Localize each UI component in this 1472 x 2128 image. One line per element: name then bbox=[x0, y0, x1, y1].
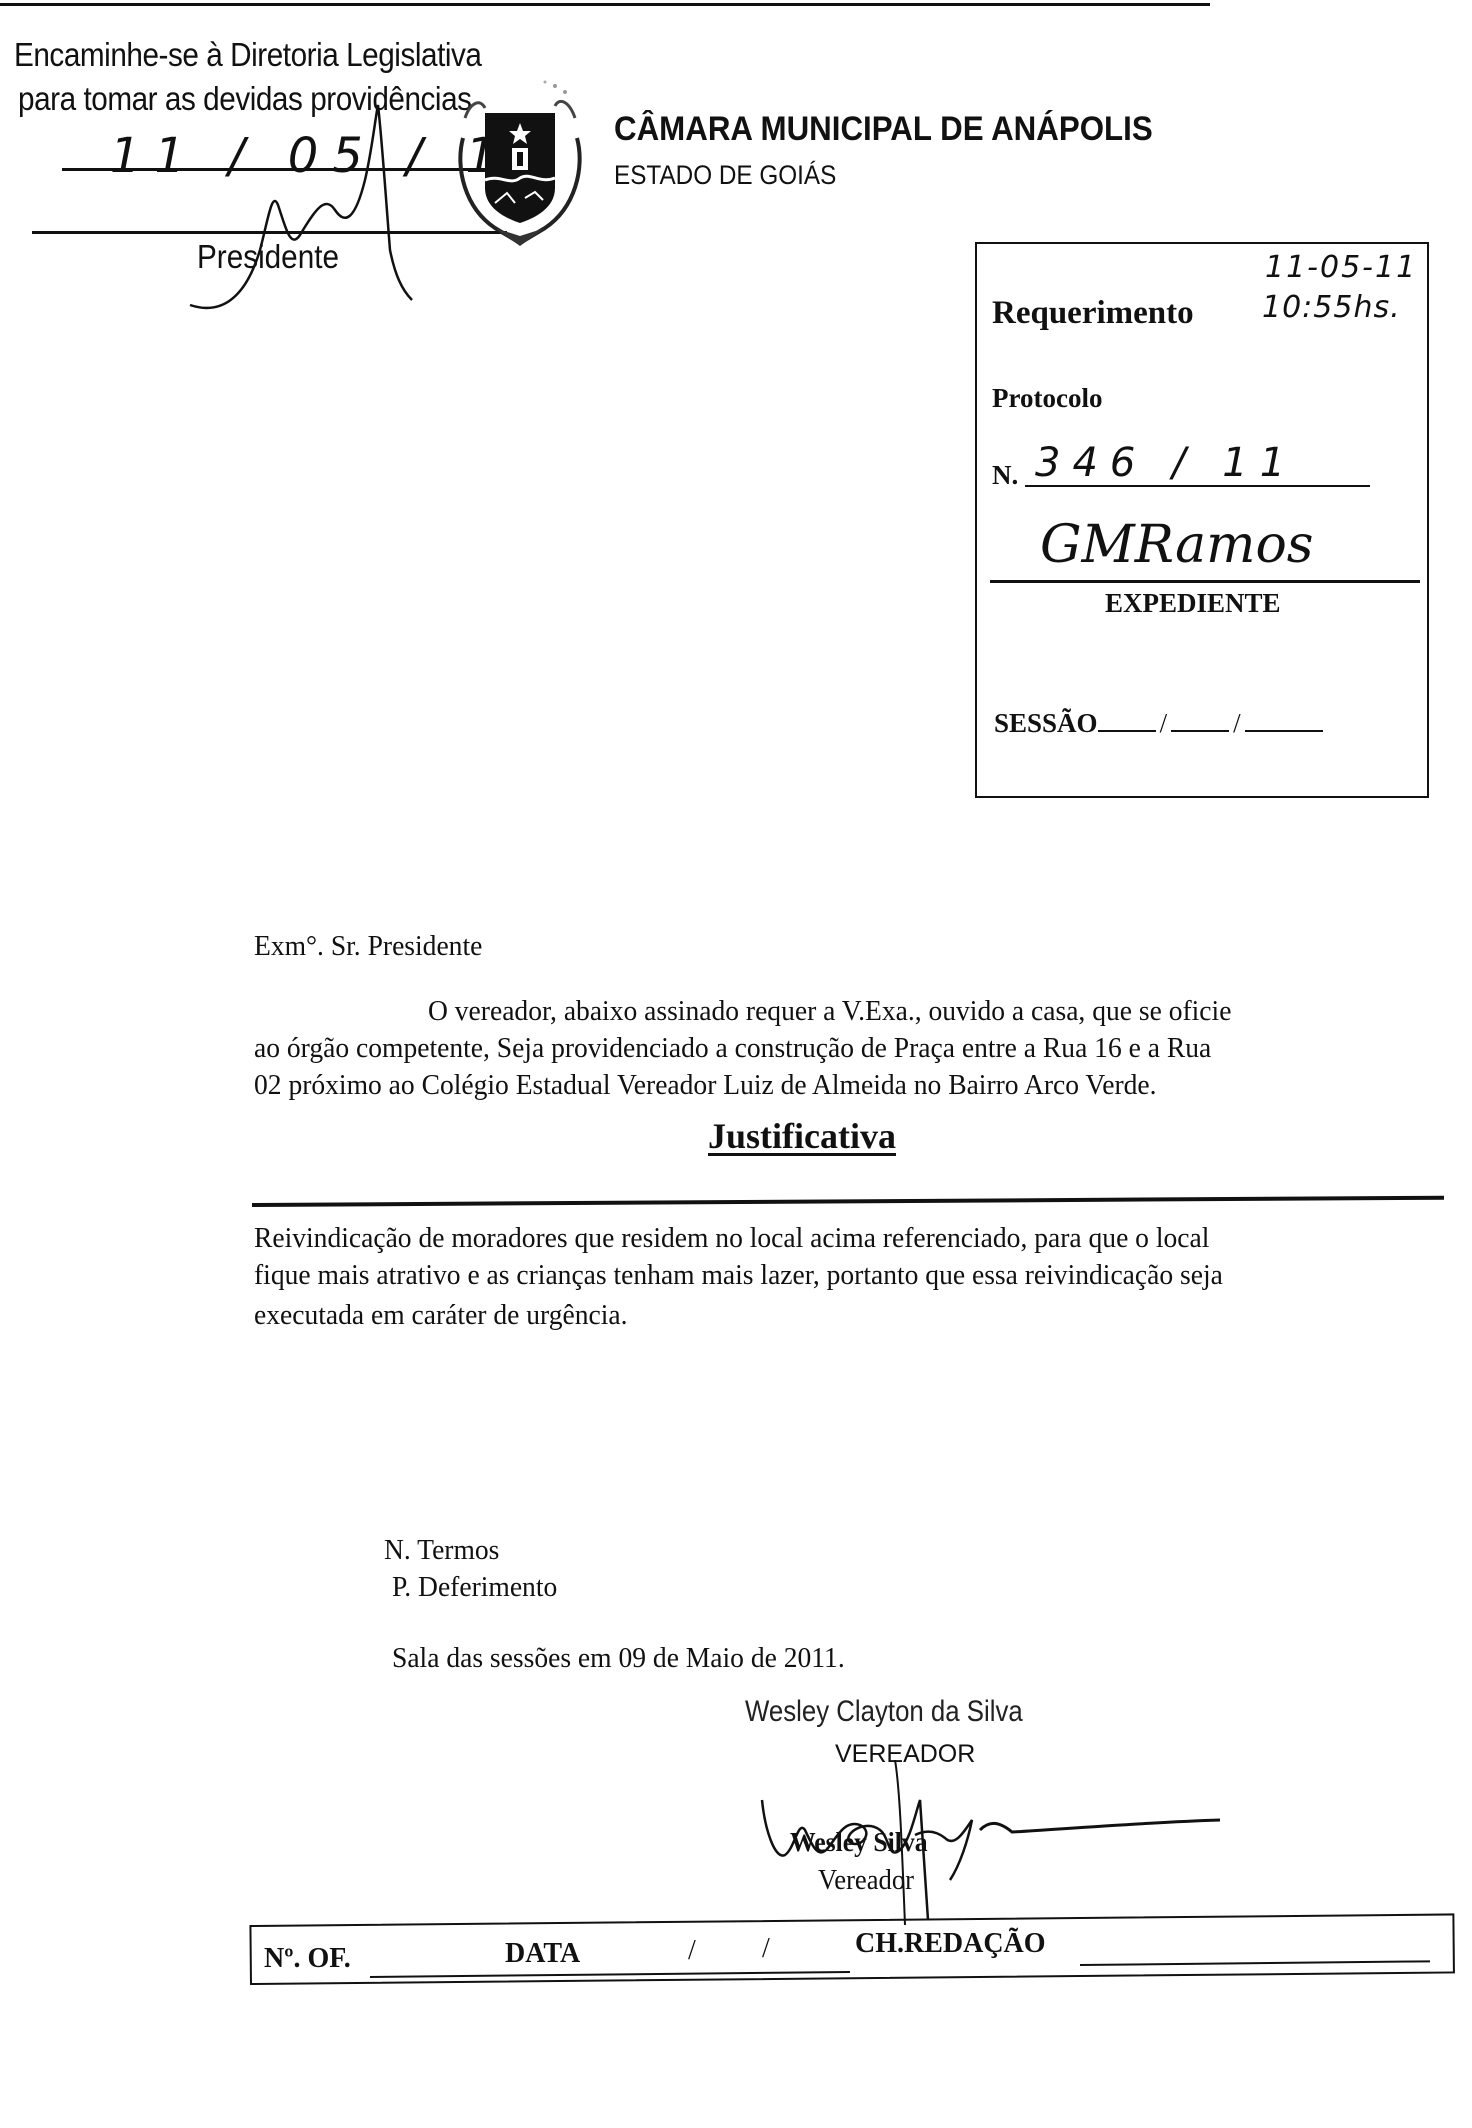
document-type-label: Requerimento bbox=[992, 295, 1194, 332]
office-number-label: Nº. OF. bbox=[264, 1943, 351, 1975]
footer-box bbox=[249, 1913, 1455, 1985]
closing-terms: N. Termos bbox=[384, 1532, 499, 1569]
request-paragraph-line: 02 próximo ao Colégio Estadual Vereador … bbox=[254, 1067, 1157, 1104]
protocol-stamp-date: 11-05-11 bbox=[1265, 250, 1417, 285]
request-paragraph-line: ao órgão competente, Seja providenciado … bbox=[254, 1030, 1211, 1067]
signer-stamp-name: Wesley Clayton da Silva bbox=[745, 1695, 1023, 1729]
justification-heading: Justificativa bbox=[708, 1115, 896, 1157]
sessao-separator: / bbox=[1229, 708, 1245, 738]
organization-name: CÂMARA MUNICIPAL DE ANÁPOLIS bbox=[614, 110, 1153, 149]
expediente-signature: GMRamos bbox=[1040, 515, 1313, 575]
justification-line: fique mais atrativo e as crianças tenham… bbox=[254, 1257, 1223, 1294]
footer-date-separator: / bbox=[688, 1935, 696, 1967]
sessao-separator: / bbox=[1156, 708, 1172, 738]
forwarding-instruction-line1: Encaminhe-se à Diretoria Legislativa bbox=[14, 36, 481, 74]
request-paragraph-line: O vereador, abaixo assinado requer a V.E… bbox=[428, 993, 1231, 1030]
sessao-month-blank bbox=[1171, 728, 1229, 732]
expediente-label: EXPEDIENTE bbox=[1105, 588, 1281, 619]
sessao-day-blank bbox=[1098, 728, 1156, 732]
drafting-label: CH.REDAÇÃO bbox=[855, 1928, 1046, 1960]
justification-line: Reivindicação de moradores que residem n… bbox=[254, 1220, 1209, 1257]
organization-state: ESTADO DE GOIÁS bbox=[614, 160, 836, 191]
protocol-stamp-time: 10:55hs. bbox=[1262, 290, 1401, 325]
closing-request: P. Deferimento bbox=[392, 1569, 557, 1606]
salutation: Exm°. Sr. Presidente bbox=[254, 928, 482, 965]
protocol-number-label: N. bbox=[992, 460, 1018, 491]
protocol-label: Protocolo bbox=[992, 383, 1102, 414]
sessao-field: SESSÃO// bbox=[994, 708, 1323, 739]
place-and-date: Sala das sessões em 09 de Maio de 2011. bbox=[392, 1640, 845, 1677]
justification-line: executada em caráter de urgência. bbox=[254, 1297, 627, 1334]
footer-date-label: DATA bbox=[505, 1938, 580, 1970]
signer-printed-name: Wesley Silva bbox=[790, 1827, 928, 1858]
protocol-number-value: 346 / 11 bbox=[1035, 440, 1297, 486]
justification-rule bbox=[252, 1196, 1444, 1207]
footer-date-separator: / bbox=[762, 1933, 770, 1965]
president-signature-icon bbox=[150, 100, 470, 320]
signer-printed-role: Vereador bbox=[818, 1865, 914, 1897]
sessao-year-blank bbox=[1245, 728, 1323, 732]
expediente-line bbox=[990, 580, 1420, 583]
sessao-label: SESSÃO bbox=[994, 708, 1098, 738]
coat-of-arms-icon bbox=[455, 78, 585, 248]
top-border-line bbox=[0, 3, 1210, 6]
